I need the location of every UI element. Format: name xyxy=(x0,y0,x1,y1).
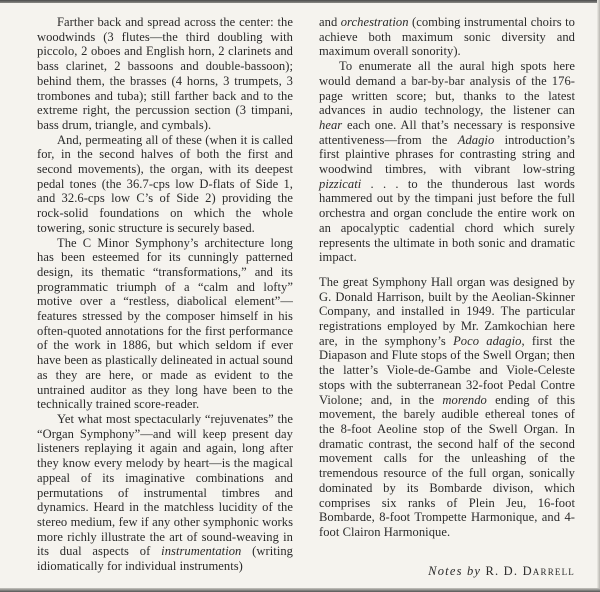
page-bottom-edge xyxy=(0,588,600,592)
paragraph-organ-design: The great Symphony Hall organ was design… xyxy=(319,275,575,540)
paragraph-high-spots: To enumerate all the aural high spots he… xyxy=(319,59,575,265)
emphasis-adagio: Adagio xyxy=(458,133,495,147)
emphasis-pizzicati: pizzicati xyxy=(319,177,361,191)
emphasis-instrumentation: instrumentation xyxy=(161,544,241,558)
paragraph-rejuvenates: Yet what most spectacularly “rejuvenates… xyxy=(37,412,293,574)
paragraph-orchestration: and orchestration (combing instrumental … xyxy=(319,15,575,59)
emphasis-poco-adagio: Poco adagio xyxy=(453,334,521,348)
page-top-edge xyxy=(0,0,600,3)
emphasis-morendo: morendo xyxy=(442,393,487,407)
paragraph-organ: And, permeating all of these (when it is… xyxy=(37,133,293,236)
signature-author: R. D. Darrell xyxy=(486,564,576,578)
left-column: Farther back and spread across the cente… xyxy=(37,15,293,574)
author-signature: Notes by R. D. Darrell xyxy=(319,564,575,579)
signature-prefix: Notes by xyxy=(428,564,481,578)
emphasis-orchestration: orchestration xyxy=(341,15,409,29)
right-column: and orchestration (combing instrumental … xyxy=(319,15,575,540)
paragraph-orchestra-layout: Farther back and spread across the cente… xyxy=(37,15,293,133)
emphasis-hear: hear xyxy=(319,118,342,132)
paragraph-architecture: The C Minor Symphony’s architecture long… xyxy=(37,236,293,412)
